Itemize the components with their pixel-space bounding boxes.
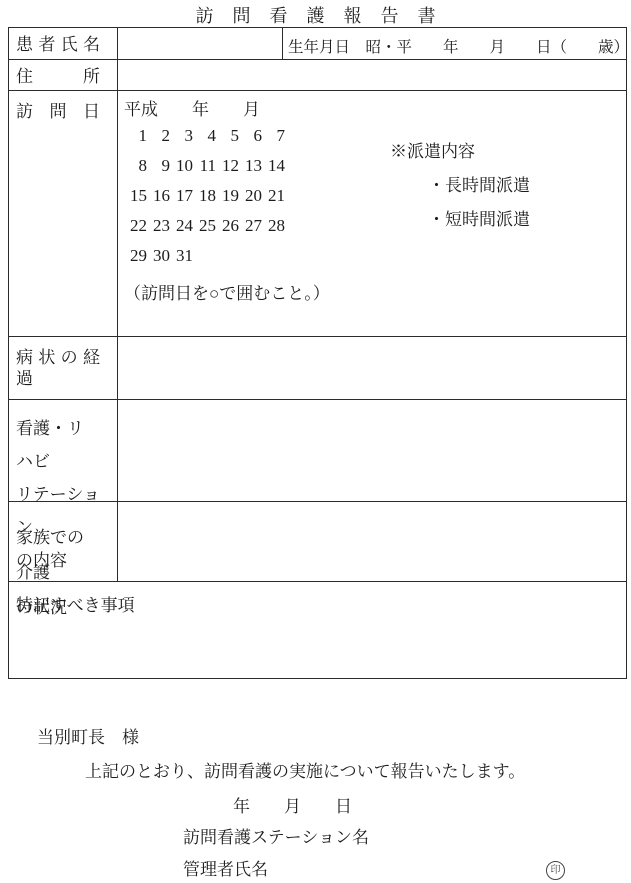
calendar-day[interactable]: 30: [147, 241, 170, 271]
station-name-label: 訪問看護ステーション名: [183, 828, 369, 848]
row-special-notes: 特記すべき事項: [9, 582, 626, 678]
calendar-day[interactable]: 15: [124, 181, 147, 211]
report-statement: 上記のとおり、訪問看護の実施について報告いたします。: [85, 762, 525, 782]
report-page: 訪問看護報告書 患者氏名 生年月日 昭・平 年 月 日（ 歳） 住所 訪問日 平…: [0, 0, 631, 883]
nursing-label: 看護・リハビリテーションの内容: [9, 400, 118, 501]
row-nursing: 看護・リハビリテーションの内容: [9, 400, 626, 502]
symptoms-label: 病状の経過: [9, 337, 118, 399]
dispatch-info: ※派遣内容 ・長時間派遣・短時間派遣: [390, 135, 530, 237]
calendar-day[interactable]: 29: [124, 241, 147, 271]
symptoms-value-cell[interactable]: [118, 337, 626, 399]
row-family: 家族での介護の状況: [9, 502, 626, 582]
calendar-day[interactable]: 22: [124, 211, 147, 241]
family-label-line: 家族での介護: [16, 520, 100, 590]
calendar-day[interactable]: 5: [216, 121, 239, 151]
calendar-day[interactable]: 8: [124, 151, 147, 181]
page-title: 訪問看護報告書: [0, 2, 631, 28]
row-visit-date: 訪問日 平成 年 月 12345678910111213141516171819…: [9, 91, 626, 337]
nursing-value-cell[interactable]: [118, 400, 626, 501]
calendar-day[interactable]: 13: [239, 151, 262, 181]
manager-name-label: 管理者氏名: [183, 860, 268, 880]
patient-name-value-cell[interactable]: [118, 28, 283, 59]
dispatch-item: ・長時間派遣: [428, 169, 530, 203]
calendar-week: 15161718192021: [124, 181, 626, 211]
calendar-day[interactable]: 28: [262, 211, 285, 241]
address-value-cell[interactable]: [118, 60, 626, 90]
calendar-day[interactable]: 23: [147, 211, 170, 241]
calendar-day[interactable]: 20: [239, 181, 262, 211]
address-label: 住所: [9, 60, 118, 90]
calendar-day[interactable]: 24: [170, 211, 193, 241]
calendar-day[interactable]: 26: [216, 211, 239, 241]
row-patient: 患者氏名 生年月日 昭・平 年 月 日（ 歳）: [9, 28, 626, 60]
special-notes-label: 特記すべき事項: [9, 582, 626, 616]
calendar-day[interactable]: 25: [193, 211, 216, 241]
circle-note: （訪問日を○で囲むこと。）: [124, 279, 626, 309]
visit-date-label: 訪問日: [9, 91, 118, 336]
calendar-day[interactable]: 11: [193, 151, 216, 181]
calendar-day[interactable]: 1: [124, 121, 147, 151]
visit-date-cell: 平成 年 月 123456789101112131415161718192021…: [118, 91, 626, 336]
dispatch-items: ・長時間派遣・短時間派遣: [390, 169, 530, 237]
calendar-day[interactable]: 3: [170, 121, 193, 151]
calendar-day[interactable]: 2: [147, 121, 170, 151]
calendar-day[interactable]: 10: [170, 151, 193, 181]
calendar-day[interactable]: 18: [193, 181, 216, 211]
calendar-week: 293031: [124, 241, 626, 271]
calendar-day[interactable]: 4: [193, 121, 216, 151]
calendar-week: 891011121314: [124, 151, 626, 181]
patient-name-label: 患者氏名: [9, 28, 118, 59]
calendar-day[interactable]: 17: [170, 181, 193, 211]
calendar-day[interactable]: 31: [170, 241, 193, 271]
calendar-day[interactable]: 7: [262, 121, 285, 151]
family-value-cell[interactable]: [118, 502, 626, 581]
report-date-line: 年 月 日: [233, 797, 352, 817]
dispatch-heading: ※派遣内容: [390, 135, 530, 169]
family-care-label: 家族での介護の状況: [9, 502, 118, 581]
calendar-day[interactable]: 19: [216, 181, 239, 211]
special-notes-cell[interactable]: 特記すべき事項: [9, 582, 626, 678]
calendar-week: 1234567: [124, 121, 626, 151]
calendar-day[interactable]: 21: [262, 181, 285, 211]
calendar-day[interactable]: 16: [147, 181, 170, 211]
dispatch-item: ・短時間派遣: [428, 203, 530, 237]
calendar-day[interactable]: 27: [239, 211, 262, 241]
report-table: 患者氏名 生年月日 昭・平 年 月 日（ 歳） 住所 訪問日 平成 年 月 12…: [8, 27, 627, 679]
row-symptoms: 病状の経過: [9, 337, 626, 400]
addressee-line: 当別町長 様: [37, 728, 139, 748]
calendar-day[interactable]: 14: [262, 151, 285, 181]
calendar-day[interactable]: 6: [239, 121, 262, 151]
row-address: 住所: [9, 60, 626, 91]
nursing-label-line: 看護・リハビ: [16, 412, 100, 478]
calendar-day[interactable]: 12: [216, 151, 239, 181]
visit-calendar: 1234567891011121314151617181920212223242…: [124, 121, 626, 271]
birthdate-label: 生年月日 昭・平 年 月 日（ 歳）: [283, 28, 629, 59]
seal-icon: 印: [546, 861, 565, 880]
calendar-week: 22232425262728: [124, 211, 626, 241]
era-year-month-line: 平成 年 月: [124, 99, 626, 121]
calendar-day[interactable]: 9: [147, 151, 170, 181]
